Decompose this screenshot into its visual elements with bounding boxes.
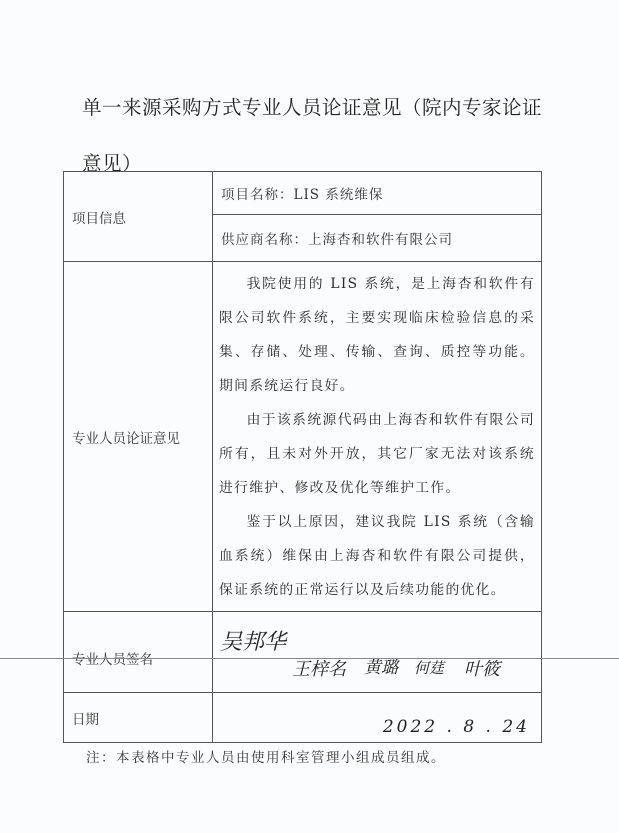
supplier-name-field: 供应商名称：上海杏和软件有限公司	[213, 215, 542, 262]
handwritten-signature: 何莛	[414, 657, 444, 678]
signature-label: 专业人员签名	[64, 612, 213, 693]
row-date: 日期 2022 . 8 . 24	[64, 693, 542, 743]
date-label: 日期	[64, 693, 213, 743]
project-name-field: 项目名称：LIS 系统维保	[213, 172, 542, 215]
handwritten-signature: 黄璐	[364, 653, 398, 678]
opinion-label: 专业人员论证意见	[64, 262, 213, 612]
opinion-paragraph: 由于该系统源代码由上海杏和软件有限公司所有，且未对外开放，其它厂家无法对该系统进…	[219, 403, 535, 505]
handwritten-date: 2022 . 8 . 24	[383, 717, 530, 737]
footnote: 注：本表格中专业人员由使用科室管理小组成员组成。	[86, 746, 446, 766]
row-opinion: 专业人员论证意见 我院使用的 LIS 系统，是上海杏和软件有限公司软件系统，主要…	[64, 262, 542, 612]
project-info-label: 项目信息	[64, 172, 213, 262]
opinion-paragraph: 我院使用的 LIS 系统，是上海杏和软件有限公司软件系统，主要实现临床检验信息的…	[219, 267, 535, 403]
title-line-1: 单一来源采购方式专业人员论证意见（院内专家论证	[82, 96, 542, 119]
scan-artifact-line	[0, 658, 619, 659]
opinion-paragraph: 鉴于以上原因，建议我院 LIS 系统（含输血系统）维保由上海杏和软件有限公司提供…	[219, 505, 535, 607]
handwritten-signature: 吴邦华	[220, 625, 286, 656]
date-cell: 2022 . 8 . 24	[213, 693, 542, 743]
signature-cell: 吴邦华 王梓名 黄璐 何莛 叶筱	[213, 612, 542, 693]
opinion-content: 我院使用的 LIS 系统，是上海杏和软件有限公司软件系统，主要实现临床检验信息的…	[213, 262, 542, 612]
row-signature: 专业人员签名 吴邦华 王梓名 黄璐 何莛 叶筱	[64, 612, 542, 693]
row-project-name: 项目信息 项目名称：LIS 系统维保	[64, 172, 542, 215]
